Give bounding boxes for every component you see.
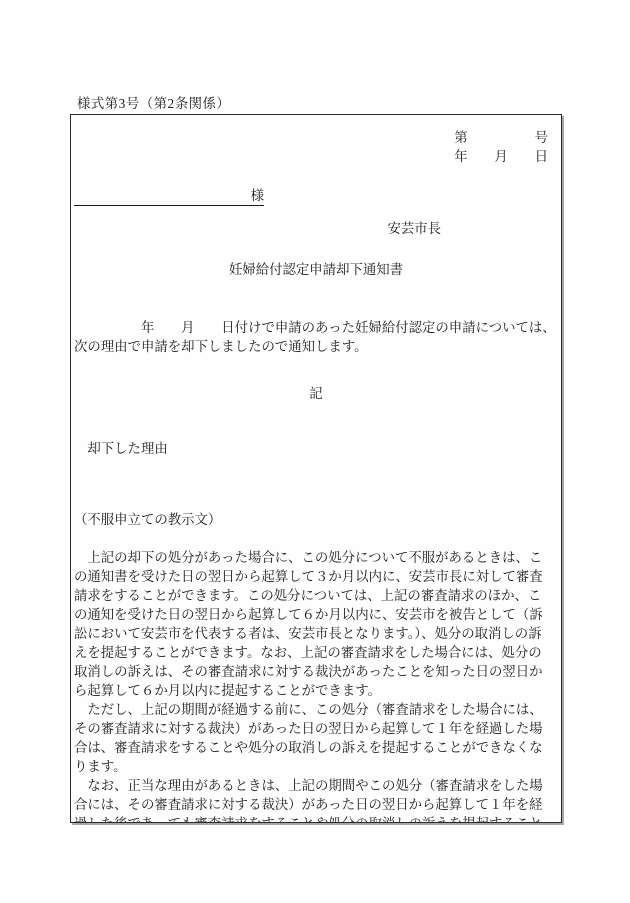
document-frame: 第 号 年 月 日 様 安芸市長 妊婦給付認定申請却下通知書 年 月 日付けで申… [70,114,562,823]
appeal-heading: （不服申立ての教示文） [74,510,558,529]
document-date-line: 年 月 日 [74,147,558,166]
document-title: 妊婦給付認定申請却下通知書 [74,260,558,279]
appeal-text: 上記の却下の処分があった場合に、この処分について不服があるときは、こ の通知書を… [74,548,558,823]
sender-line: 安芸市長 [74,219,558,238]
document-number-line: 第 号 [74,128,558,147]
addressee-honorific: 様 [251,188,264,203]
rejection-reason-label: 却下した理由 [74,439,558,458]
document-page: 様式第3号（第2条関係） 第 号 年 月 日 様 安芸市長 妊婦給付認定申請却下… [0,0,630,903]
addressee-blank-underline: 様 [74,186,264,206]
appeal-section: （不服申立ての教示文） 上記の却下の処分があった場合に、この処分について不服があ… [74,491,558,823]
notice-body: 年 月 日付けで申請のあった妊婦給付認定の申請については、 次の理由で申請を却下… [74,318,558,356]
form-number-label: 様式第3号（第2条関係） [77,94,230,113]
ki-marker: 記 [74,384,558,403]
addressee-line: 様 [74,186,558,206]
